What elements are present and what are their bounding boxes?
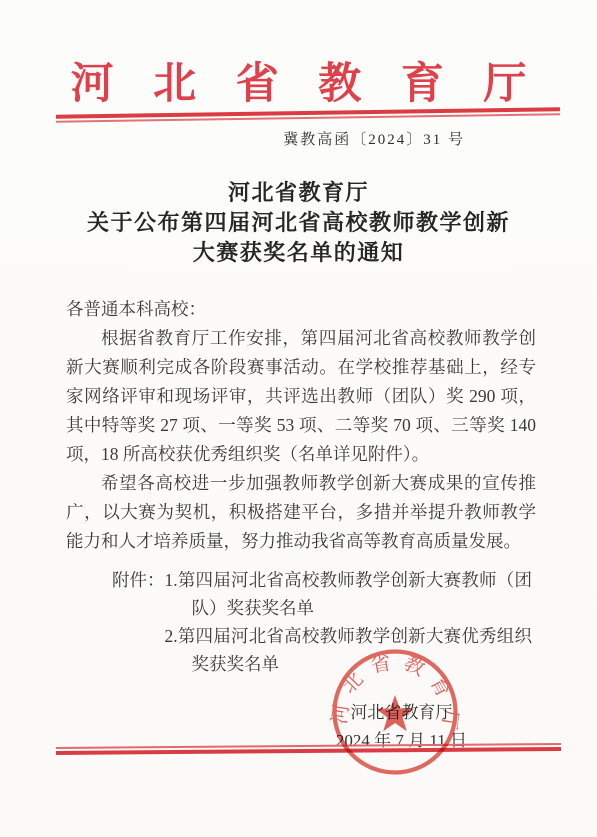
document-page: 河北省教育厅 冀教高函〔2024〕31 号 河北省教育厅 关于公布第四届河北省高… [0,0,597,837]
body-paragraph-2: 希望各高校进一步加强教师教学创新大赛成果的宣传推广，以大赛为契机，积极搭建平台，… [66,469,536,556]
body-paragraph-1: 根据省教育厅工作安排，第四届河北省高校教师教学创新大赛顺利完成各阶段赛事活动。在… [66,324,536,469]
attachment-item-1: 1.第四届河北省高校教师教学创新大赛教师（团队）奖获奖名单 [165,566,533,622]
salutation: 各普通本科高校： [66,295,536,324]
title-line-1: 河北省教育厅 [0,178,597,208]
official-seal: 河北省教育厅 [328,645,462,779]
footer-divider [56,743,561,754]
attachments-label: 附件： [112,566,165,678]
document-body: 各普通本科高校： 根据省教育厅工作安排，第四届河北省高校教师教学创新大赛顺利完成… [66,295,536,556]
attachments-block: 附件： 1.第四届河北省高校教师教学创新大赛教师（团队）奖获奖名单 2.第四届河… [112,566,532,678]
letterhead-agency-name: 河北省教育厅 [0,50,597,111]
seal-star-icon [376,695,414,731]
title-line-2: 关于公布第四届河北省高校教师教学创新 [0,208,597,238]
document-title: 河北省教育厅 关于公布第四届河北省高校教师教学创新 大赛获奖名单的通知 [0,178,597,268]
document-number: 冀教高函〔2024〕31 号 [0,128,465,149]
title-line-3: 大赛获奖名单的通知 [0,238,597,268]
